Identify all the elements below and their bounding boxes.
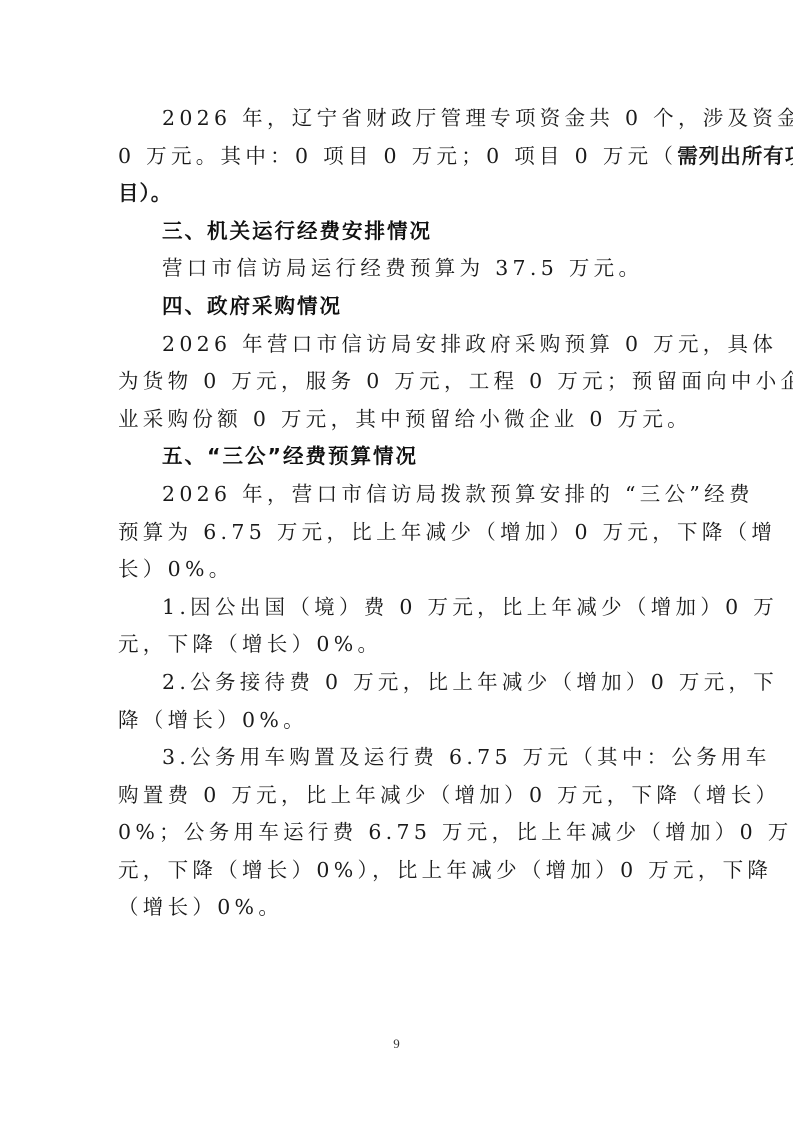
page-number: 9	[0, 1036, 793, 1052]
paragraph-line: 为货物 0 万元，服务 0 万元，工程 0 万元；预留面向中小企	[118, 363, 676, 401]
document-page: 2026 年，辽宁省财政厅管理专项资金共 0 个，涉及资金 0 万元。其中：0 …	[118, 100, 676, 927]
section-heading-operating-costs: 三、机关运行经费安排情况	[118, 213, 676, 251]
paragraph-text: 0 万元。其中：0 项目 0 万元；0 项目 0 万元（	[118, 144, 677, 168]
paragraph-line: 目）。	[118, 175, 676, 213]
list-item-line: 1.因公出国（境）费 0 万元，比上年减少（增加）0 万	[118, 589, 676, 627]
list-item-line: 元，下降（增长）0%。	[118, 626, 676, 664]
list-item-line: 元，下降（增长）0%），比上年减少（增加）0 万元，下降	[118, 852, 676, 890]
section-heading-three-public-expenses: 五、“三公”经费预算情况	[118, 438, 676, 476]
paragraph-line: 长）0%。	[118, 551, 676, 589]
paragraph-line: 业采购份额 0 万元，其中预留给小微企业 0 万元。	[118, 401, 676, 439]
list-item-line: 购置费 0 万元，比上年减少（增加）0 万元，下降（增长）	[118, 777, 676, 815]
section-heading-government-procurement: 四、政府采购情况	[118, 288, 676, 326]
emphasis-note: 需列出所有项	[677, 144, 793, 168]
list-item-line: 3.公务用车购置及运行费 6.75 万元（其中：公务用车	[118, 739, 676, 777]
emphasis-note: 目）。	[118, 181, 172, 205]
list-item-line: 降（增长）0%。	[118, 702, 676, 740]
paragraph-line: 2026 年营口市信访局安排政府采购预算 0 万元，具体	[118, 326, 676, 364]
list-item-line: 0%；公务用车运行费 6.75 万元，比上年减少（增加）0 万	[118, 814, 676, 852]
paragraph-line: 0 万元。其中：0 项目 0 万元；0 项目 0 万元（需列出所有项	[118, 138, 676, 176]
list-item-line: （增长）0%。	[118, 889, 676, 927]
paragraph-line: 营口市信访局运行经费预算为 37.5 万元。	[118, 250, 676, 288]
list-item-line: 2.公务接待费 0 万元，比上年减少（增加）0 万元，下	[118, 664, 676, 702]
paragraph-line: 2026 年，辽宁省财政厅管理专项资金共 0 个，涉及资金	[118, 100, 676, 138]
paragraph-line: 2026 年，营口市信访局拨款预算安排的 “三公”经费	[118, 476, 676, 514]
paragraph-line: 预算为 6.75 万元，比上年减少（增加）0 万元，下降（增	[118, 514, 676, 552]
